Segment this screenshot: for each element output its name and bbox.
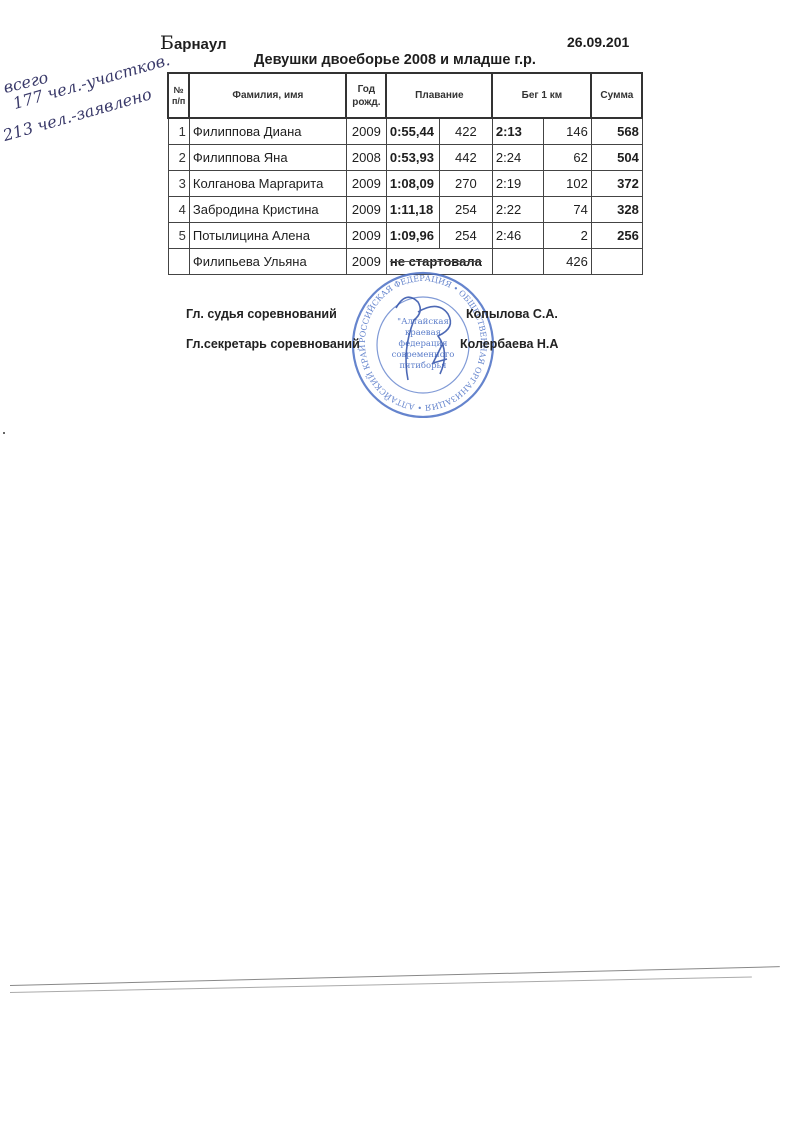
run-points: 102 — [543, 171, 591, 197]
document-date: 26.09.201 — [567, 34, 629, 50]
header-run: Бег 1 км — [492, 73, 591, 118]
run-time: 2:46 — [492, 223, 543, 249]
swim-points: 254 — [439, 223, 492, 249]
birth-year: 2009 — [346, 118, 386, 145]
row-number: 4 — [168, 197, 189, 223]
table-row: 4Забродина Кристина20091:11,182542:22743… — [168, 197, 642, 223]
total-points: 568 — [591, 118, 642, 145]
run-points: 426 — [543, 249, 591, 275]
header-num-line1: № — [174, 85, 184, 95]
row-number: 5 — [168, 223, 189, 249]
svg-text:"Алтайская: "Алтайская — [397, 317, 449, 327]
chief-judge-name: Копылова С.А. — [466, 307, 558, 321]
city-rest: арнаул — [174, 36, 227, 53]
header-year: Годрожд. — [346, 73, 386, 118]
swim-time: 0:55,44 — [386, 118, 439, 145]
swim-points: 270 — [439, 171, 492, 197]
results-table: №п/п Фамилия, имя Годрожд. Плавание Бег … — [167, 72, 643, 275]
athlete-name: Колганова Маргарита — [189, 171, 346, 197]
row-number: 2 — [168, 145, 189, 171]
run-time: 2:22 — [492, 197, 543, 223]
run-points: 74 — [543, 197, 591, 223]
birth-year: 2009 — [346, 171, 386, 197]
table-row: 3Колганова Маргарита20091:08,092702:1910… — [168, 171, 642, 197]
run-points: 146 — [543, 118, 591, 145]
header-num-line2: п/п — [172, 96, 185, 106]
table-header-row: №п/п Фамилия, имя Годрожд. Плавание Бег … — [168, 73, 642, 118]
header-num: №п/п — [168, 73, 189, 118]
swim-points: 254 — [439, 197, 492, 223]
table-row: 1Филиппова Диана20090:55,444222:13146568 — [168, 118, 642, 145]
swim-time: 1:11,18 — [386, 197, 439, 223]
athlete-name: Филиппова Яна — [189, 145, 346, 171]
birth-year: 2008 — [346, 145, 386, 171]
table-row: 2Филиппова Яна20080:53,934422:2462504 — [168, 145, 642, 171]
athlete-name: Филипьева Ульяна — [189, 249, 346, 275]
chief-judge-label: Гл. судья соревнований — [186, 307, 337, 321]
total-points — [591, 249, 642, 275]
chief-secretary-name: Колербаева Н.А — [460, 337, 558, 351]
row-number: 3 — [168, 171, 189, 197]
birth-year: 2009 — [346, 197, 386, 223]
athlete-name: Филиппова Диана — [189, 118, 346, 145]
row-number: 1 — [168, 118, 189, 145]
total-points: 256 — [591, 223, 642, 249]
birth-year: 2009 — [346, 223, 386, 249]
athlete-name: Потылицина Алена — [189, 223, 346, 249]
header-swim: Плавание — [386, 73, 492, 118]
swim-time: 0:53,93 — [386, 145, 439, 171]
swim-time: 1:09,96 — [386, 223, 439, 249]
run-points: 2 — [543, 223, 591, 249]
run-time: 2:24 — [492, 145, 543, 171]
scan-line — [10, 976, 752, 993]
total-points: 372 — [591, 171, 642, 197]
total-points: 504 — [591, 145, 642, 171]
run-time: 2:19 — [492, 171, 543, 197]
chief-secretary-label: Гл.секретарь соревнований — [186, 337, 360, 351]
run-time: 2:13 — [492, 118, 543, 145]
header-year-line2: рожд. — [352, 97, 380, 108]
run-time — [492, 249, 543, 275]
athlete-name: Забродина Кристина — [189, 197, 346, 223]
document-title: Девушки двоеборье 2008 и младше г.р. — [254, 52, 536, 68]
header-name: Фамилия, имя — [189, 73, 346, 118]
header-total: Сумма — [591, 73, 642, 118]
scan-speck — [3, 432, 5, 434]
swim-time: 1:08,09 — [386, 171, 439, 197]
table-row: 5Потылицина Алена20091:09,962542:462256 — [168, 223, 642, 249]
header-year-line1: Год — [358, 84, 376, 95]
run-points: 62 — [543, 145, 591, 171]
city-label: Барнаул — [160, 32, 227, 54]
row-number — [168, 249, 189, 275]
swim-points: 442 — [439, 145, 492, 171]
swim-points: 422 — [439, 118, 492, 145]
total-points: 328 — [591, 197, 642, 223]
